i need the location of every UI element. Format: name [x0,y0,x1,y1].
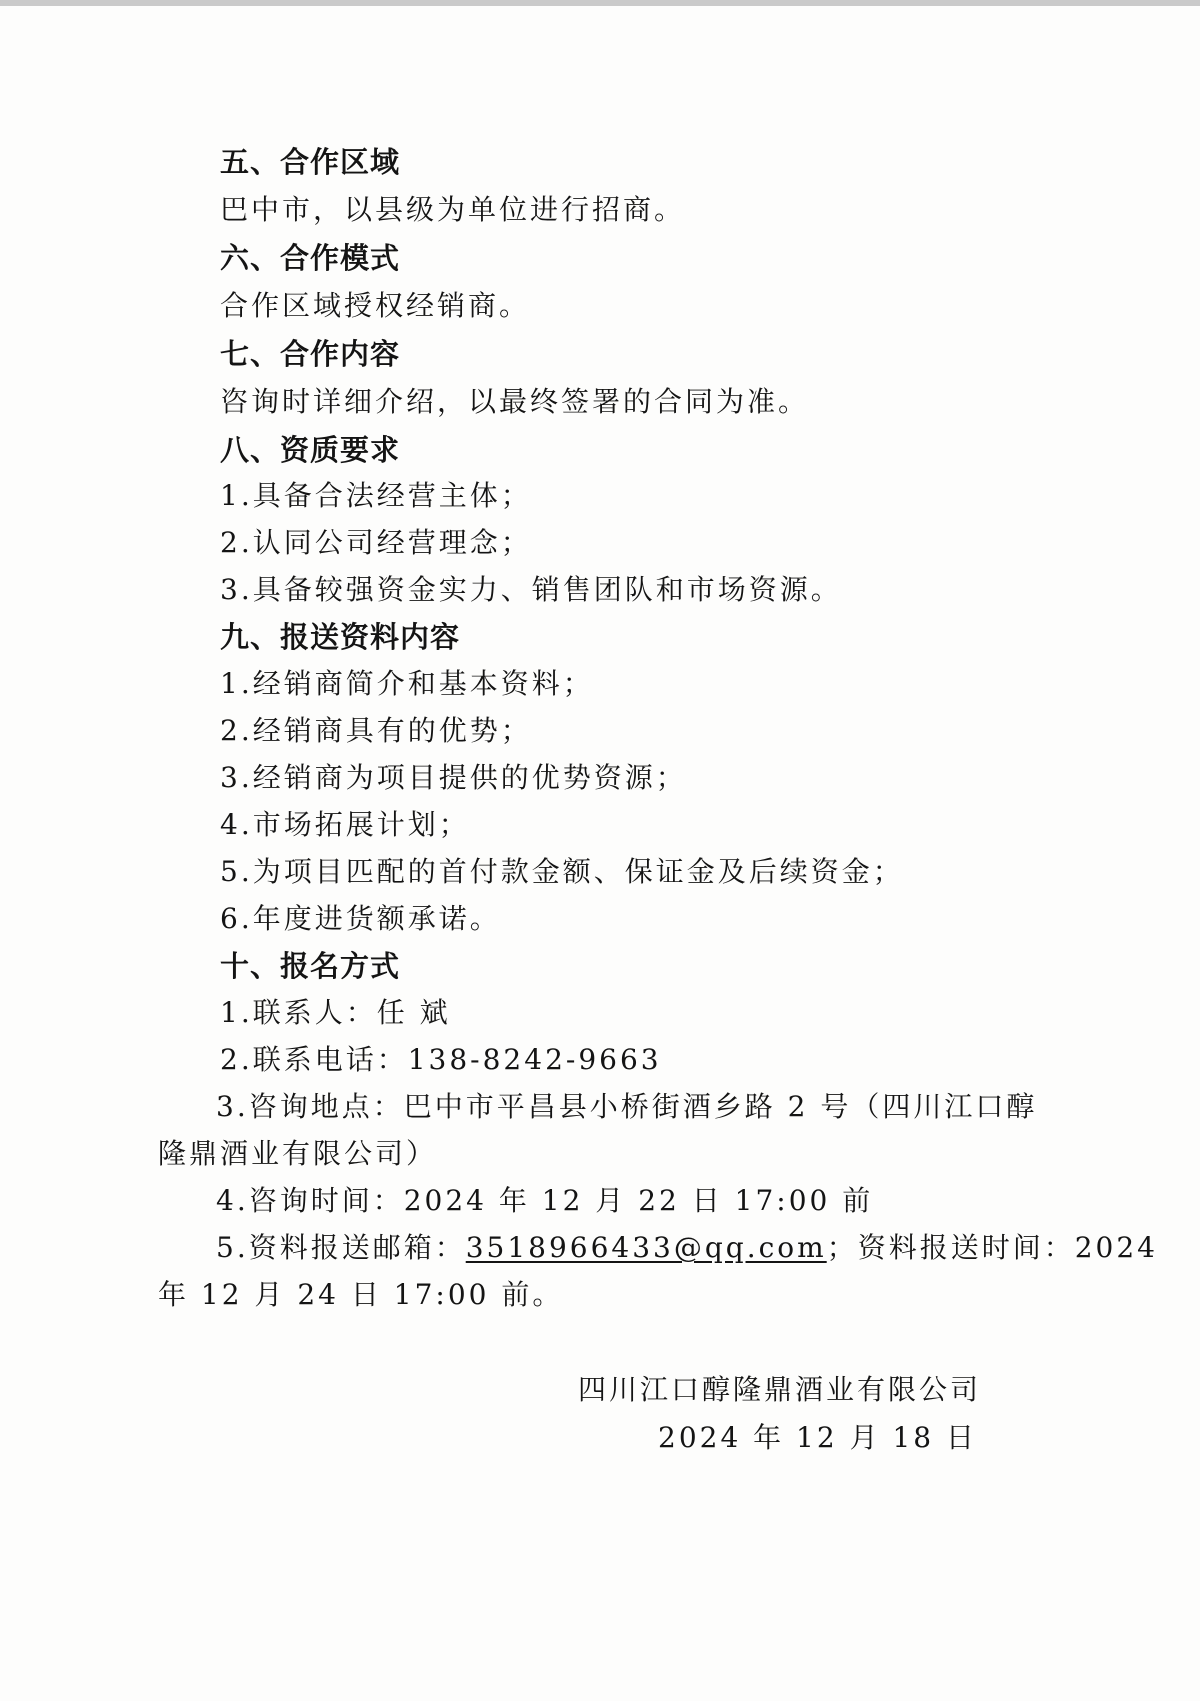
section-8-line-1: 1.具备合法经营主体； [220,476,532,516]
section-5-line-1: 巴中市，以县级为单位进行招商。 [220,190,685,230]
section-title-5: 五、合作区域 [220,142,400,182]
submission-line: 5.资料报送邮箱：3518966433@qq.com；资料报送时间：2024 [216,1228,1158,1268]
section-8-line-2: 2.认同公司经营理念； [220,523,532,563]
section-9-line-4: 4.市场拓展计划； [220,805,470,845]
company-signature: 四川江口醇隆鼎酒业有限公司 [578,1370,981,1410]
contact-person: 1.联系人：任 斌 [220,993,451,1033]
contact-phone: 2.联系电话：138-8242-9663 [220,1040,662,1080]
submission-prefix: 5.资料报送邮箱： [216,1231,466,1264]
section-title-6: 六、合作模式 [220,238,400,278]
section-title-10: 十、报名方式 [220,946,400,986]
section-9-line-2: 2.经销商具有的优势； [220,711,532,751]
consult-time: 4.咨询时间：2024 年 12 月 22 日 17:00 前 [216,1181,873,1221]
section-title-7: 七、合作内容 [220,334,400,374]
section-9-line-3: 3.经销商为项目提供的优势资源； [220,758,687,798]
section-9-line-1: 1.经销商简介和基本资料； [220,664,594,704]
section-9-line-5: 5.为项目匹配的首付款金额、保证金及后续资金； [220,852,904,892]
section-title-8: 八、资质要求 [220,430,400,470]
section-9-line-6: 6.年度进货额承诺。 [220,899,501,939]
submission-deadline: 年 12 月 24 日 17:00 前。 [158,1275,563,1315]
email-link[interactable]: 3518966433@qq.com [466,1231,827,1264]
section-7-line-1: 咨询时详细介绍，以最终签署的合同为准。 [220,382,809,422]
consult-address: 3.咨询地点：巴中市平昌县小桥街酒乡路 2 号（四川江口醇 [216,1087,1037,1127]
section-6-line-1: 合作区域授权经销商。 [220,286,530,326]
section-8-line-3: 3.具备较强资金实力、销售团队和市场资源。 [220,570,842,610]
top-bar [0,0,1200,6]
consult-address-cont: 隆鼎酒业有限公司） [158,1134,437,1174]
signature-date: 2024 年 12 月 18 日 [658,1418,977,1458]
submission-suffix: ；资料报送时间：2024 [827,1231,1158,1264]
section-title-9: 九、报送资料内容 [220,617,460,657]
